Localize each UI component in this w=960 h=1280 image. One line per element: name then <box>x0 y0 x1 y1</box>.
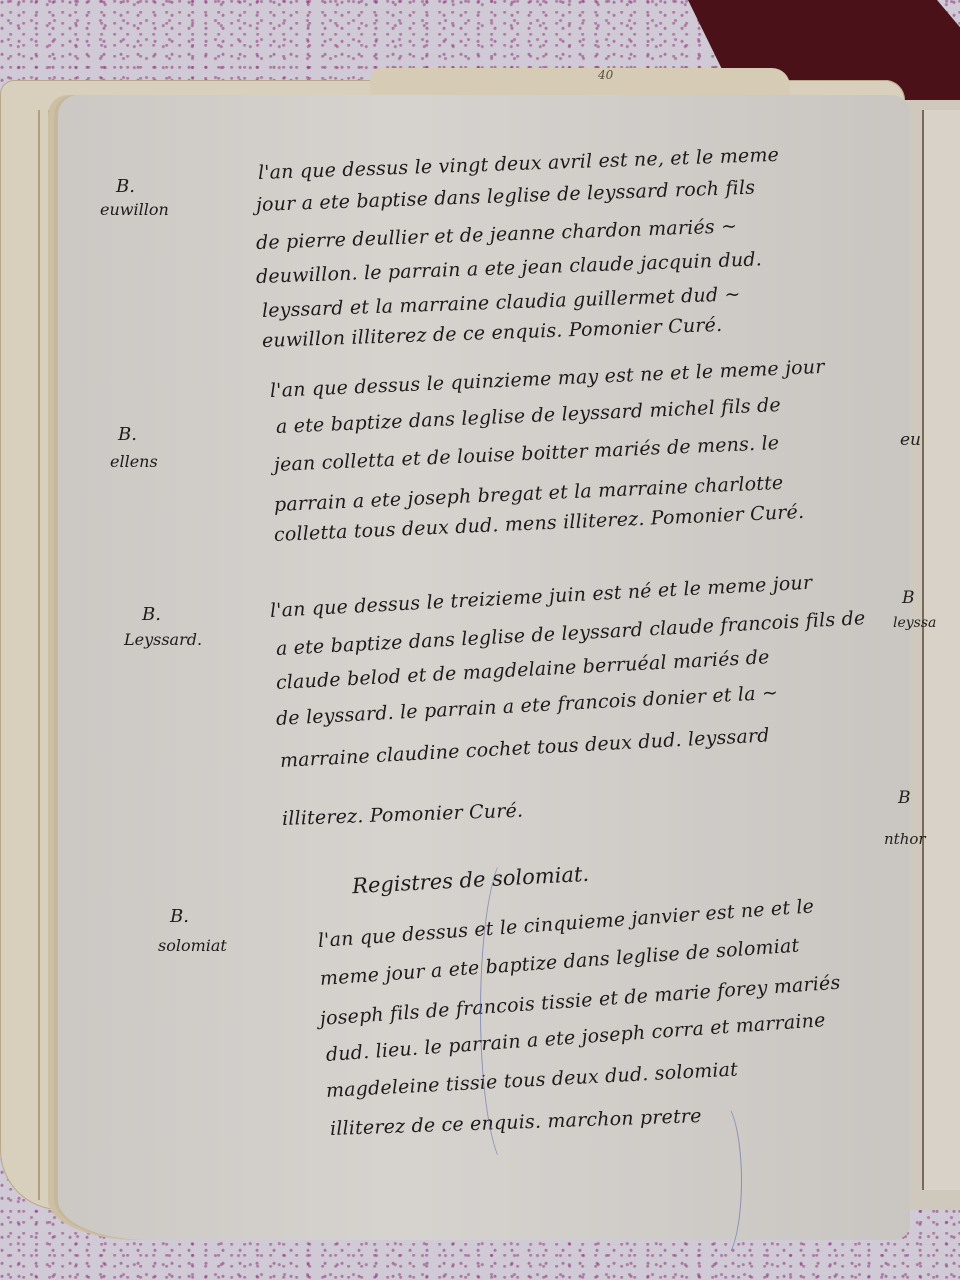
margin-place-label: euwillon <box>100 200 169 219</box>
margin-baptism-mark: B. <box>118 424 137 445</box>
margin-place-label: Leyssard. <box>124 630 202 649</box>
adjacent-page-text: B <box>898 788 911 808</box>
adjacent-page-edge <box>922 110 960 1190</box>
folio-number: 40 <box>598 68 613 82</box>
adjacent-page-text: eu <box>900 430 921 450</box>
margin-baptism-mark: B. <box>142 604 161 625</box>
pencil-mark <box>700 1100 742 1262</box>
margin-baptism-mark: B. <box>170 906 189 927</box>
margin-place-label: ellens <box>110 452 158 471</box>
adjacent-page-text: leyssa <box>893 615 936 631</box>
page-edge <box>38 110 40 1200</box>
margin-place-label: solomiat <box>158 936 227 955</box>
adjacent-page-text: B <box>902 588 915 608</box>
margin-baptism-mark: B. <box>116 176 135 197</box>
pencil-mark <box>480 850 542 1172</box>
adjacent-page-text: nthor <box>884 830 926 848</box>
page-edge <box>48 110 50 1200</box>
